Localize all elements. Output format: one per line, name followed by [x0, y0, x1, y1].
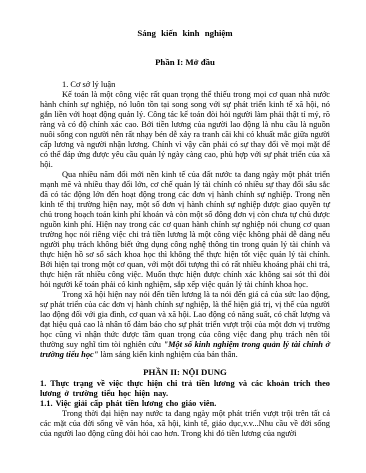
paragraph-2: Qua nhiều năm đổi mới nền kinh tế của đấ…	[40, 170, 330, 290]
document-page: Sáng kiến kinh nghiệm Phần I: Mở đầu 1. …	[0, 0, 366, 473]
paragraph-4: Trong thời đại hiện nay nước ta đang ngà…	[40, 409, 330, 439]
section1-heading: 1. Cơ sở lý luận	[40, 80, 330, 90]
document-title: Sáng kiến kinh nghiệm	[40, 28, 330, 38]
paragraph-3-tail: làm sáng kiến kinh nghiệm của bản thân.	[98, 350, 237, 359]
part2-heading: PHẦN II: NỘI DUNG	[40, 367, 330, 377]
paragraph-1: Kế toán là một công việc rất quan trọng …	[40, 90, 330, 170]
item-1-1-heading: 1.1. Việc giải cấp phát tiền lương cho g…	[40, 399, 330, 409]
part1-heading: Phần I: Mở đầu	[40, 57, 330, 67]
paragraph-3: Trong xã hội hiện nay nói đến tiền lương…	[40, 290, 330, 360]
item-1-heading: 1. Thực trạng về việc thực hiện chi trả …	[40, 379, 330, 399]
